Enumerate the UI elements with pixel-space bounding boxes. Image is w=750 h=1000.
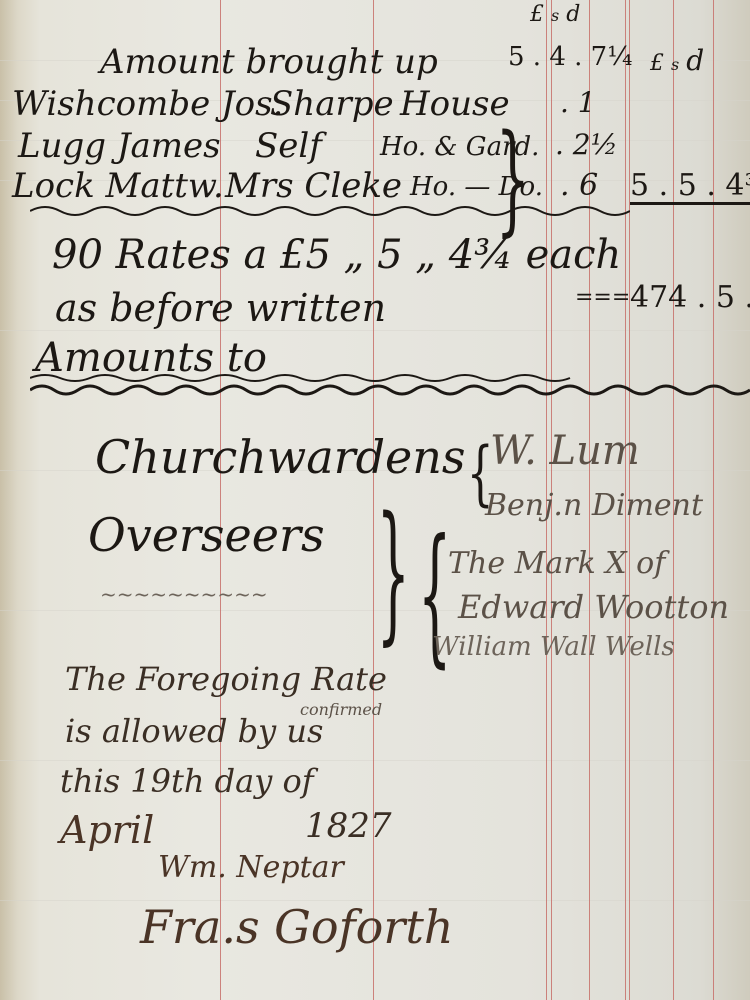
allowance-line-2: is allowed by us <box>65 712 323 750</box>
allowance-brace: { <box>377 510 410 660</box>
churchwarden-signature: Benj.n Diment <box>485 488 703 523</box>
summary-total: 474 . 5 . 7½ <box>630 280 750 315</box>
money-header-2: £ s d <box>650 44 704 77</box>
ledger-page: £ s d £ s d Amount brought up 5 . 4 . 7¼… <box>0 0 750 1000</box>
summary-line-2: as before written <box>55 286 386 330</box>
overseer-mark: The Mark X of <box>448 546 665 581</box>
overseer-signature: Edward Wootton <box>458 588 729 626</box>
column-rule <box>713 0 714 1000</box>
entry-row: Wishcombe Jos. <box>12 84 283 124</box>
entry-amount: . 6 <box>560 168 598 203</box>
allowance-year: 1827 <box>305 806 392 846</box>
horizontal-rule <box>0 760 750 761</box>
signature-goforth: Fra.s Goforth <box>140 900 453 954</box>
overseer-signature: William Wall Wells <box>432 632 675 662</box>
entry-row: Lock Mattw. <box>12 166 224 206</box>
churchwarden-signature: W. Lum <box>490 428 640 474</box>
overseers-label: Overseers <box>88 508 325 562</box>
double-wavy-separator <box>30 372 750 398</box>
entry-property: House <box>400 84 510 124</box>
entry-occupier: Self <box>255 126 322 166</box>
allowance-line-3: this 19th day of <box>60 762 314 800</box>
entry-amount-brought-up: Amount brought up <box>100 42 438 82</box>
summary-brace: { <box>496 128 530 248</box>
column-rule <box>373 0 374 1000</box>
entry-amount: . 1 <box>560 86 596 119</box>
subtotal-underline <box>630 202 750 205</box>
allowance-line-1: The Foregoing Rate <box>65 660 387 698</box>
entry-occupier: Mrs Cleke <box>225 166 402 206</box>
horizontal-rule <box>0 330 750 331</box>
wavy-separator <box>30 203 630 219</box>
allowance-month: April <box>60 808 154 852</box>
overseers-dashes: ~~~~~~~~~~ <box>100 582 268 606</box>
summary-dashes: === <box>575 285 630 310</box>
entry-row: Lugg James <box>18 126 221 166</box>
subtotal-amount: 5 . 5 . 4¾ <box>630 168 750 203</box>
money-header-1: £ s d <box>530 2 580 27</box>
churchwardens-label: Churchwardens <box>95 430 466 484</box>
signature-neptar: Wm. Neptar <box>158 850 344 885</box>
summary-line-1: 90 Rates a £5 „ 5 „ 4¾ each <box>52 232 621 278</box>
entry-amount-value: 5 . 4 . 7¼ <box>508 42 632 72</box>
entry-occupier: Sharpe <box>270 84 394 124</box>
entry-amount: . 2½ <box>555 128 618 161</box>
